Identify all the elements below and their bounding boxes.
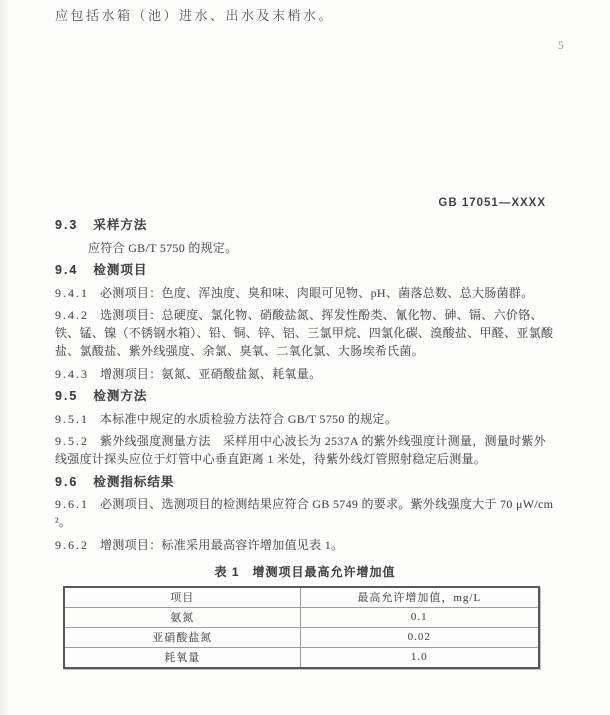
clause-number: 9.4.2 bbox=[55, 308, 89, 322]
standard-number-header: GB 17051—XXXX bbox=[438, 197, 546, 209]
section-title: 检测方法 bbox=[93, 389, 147, 403]
increment-limits-table: 项目 最高允许增加值，mg/L 氨氮 0.1 亚硝酸盐氮 0.02 耗氧量 1.… bbox=[63, 586, 540, 669]
table-header-row: 项目 最高允许增加值，mg/L bbox=[64, 587, 539, 608]
section-number: 9.5 bbox=[55, 389, 78, 403]
clause-number: 9.6.2 bbox=[55, 538, 89, 552]
section-heading-9-4: 9.4检测项目 bbox=[55, 261, 555, 279]
paragraph-9-5-2: 9.5.2紫外线强度测量方法 采样用中心波长为 2537A 的紫外线强度计测量，… bbox=[55, 432, 555, 468]
paragraph-9-4-2: 9.4.2选测项目：总硬度、氯化物、硝酸盐氮、挥发性酚类、氰化物、砷、镉、六价铬… bbox=[55, 306, 555, 360]
table-row: 氨氮 0.1 bbox=[64, 607, 539, 627]
paragraph-9-3-body: 应符合 GB/T 5750 的规定。 bbox=[55, 239, 555, 257]
section-number: 9.6 bbox=[55, 475, 78, 489]
table-cell-value: 1.0 bbox=[300, 647, 539, 668]
section-number: 9.4 bbox=[55, 263, 78, 277]
section-title: 检测项目 bbox=[93, 263, 147, 277]
clause-text: 本标准中规定的水质检验方法符合 GB/T 5750 的规定。 bbox=[100, 412, 397, 426]
table-row: 耗氧量 1.0 bbox=[64, 647, 539, 668]
section-title: 检测指标结果 bbox=[93, 475, 174, 489]
section-heading-9-3: 9.3采样方法 bbox=[55, 216, 555, 234]
clause-number: 9.5.1 bbox=[55, 412, 89, 426]
table-cell-item: 氨氮 bbox=[64, 607, 300, 627]
table-cell-item: 耗氧量 bbox=[64, 647, 300, 668]
clause-text: 增测项目：氨氮、亚硝酸盐氮、耗氧量。 bbox=[100, 367, 321, 381]
document-body: 9.3采样方法 应符合 GB/T 5750 的规定。 9.4检测项目 9.4.1… bbox=[55, 216, 555, 669]
table-cell-item: 亚硝酸盐氮 bbox=[64, 627, 300, 647]
table-header-limit: 最高允许增加值，mg/L bbox=[300, 587, 539, 608]
table-cell-value: 0.02 bbox=[300, 627, 539, 647]
clause-text: 必测项目：色度、浑浊度、臭和味、肉眼可见物、pH、菌落总数、总大肠菌群。 bbox=[100, 286, 533, 300]
table-caption: 表 1 增测项目最高允许增加值 bbox=[55, 563, 555, 580]
table-header-item: 项目 bbox=[64, 587, 300, 608]
clause-number: 9.4.3 bbox=[55, 367, 89, 381]
continuation-paragraph: 应包括水箱（池）进水、出水及末梢水。 bbox=[55, 5, 334, 24]
document-page: 应包括水箱（池）进水、出水及末梢水。 5 GB 17051—XXXX 9.3采样… bbox=[0, 0, 610, 715]
page-number: 5 bbox=[558, 40, 564, 52]
paragraph-9-4-3: 9.4.3增测项目：氨氮、亚硝酸盐氮、耗氧量。 bbox=[55, 365, 555, 383]
clause-number: 9.6.1 bbox=[55, 497, 89, 511]
paragraph-9-6-2: 9.6.2增测项目：标准采用最高容许增加值见表 1。 bbox=[55, 536, 555, 554]
paragraph-9-4-1: 9.4.1必测项目：色度、浑浊度、臭和味、肉眼可见物、pH、菌落总数、总大肠菌群… bbox=[55, 284, 555, 302]
clause-number: 9.4.1 bbox=[55, 286, 89, 300]
paragraph-9-5-1: 9.5.1本标准中规定的水质检验方法符合 GB/T 5750 的规定。 bbox=[55, 410, 555, 428]
clause-text: 增测项目：标准采用最高容许增加值见表 1。 bbox=[100, 538, 343, 552]
clause-text: 紫外线强度测量方法 采样用中心波长为 2537A 的紫外线强度计测量，测量时紫外… bbox=[55, 434, 546, 466]
table-cell-value: 0.1 bbox=[300, 607, 539, 627]
table-row: 亚硝酸盐氮 0.02 bbox=[64, 627, 539, 647]
clause-text: 选测项目：总硬度、氯化物、硝酸盐氮、挥发性酚类、氰化物、砷、镉、六价铬、铁、锰、… bbox=[55, 308, 553, 358]
section-heading-9-5: 9.5检测方法 bbox=[55, 387, 555, 405]
section-title: 采样方法 bbox=[93, 218, 147, 232]
clause-text: 必测项目、选测项目的检测结果应符合 GB 5749 的要求。紫外线强度大于 70… bbox=[55, 497, 553, 529]
section-heading-9-6: 9.6检测指标结果 bbox=[55, 473, 555, 491]
section-number: 9.3 bbox=[55, 218, 78, 232]
clause-number: 9.5.2 bbox=[55, 434, 89, 448]
paragraph-9-6-1: 9.6.1必测项目、选测项目的检测结果应符合 GB 5749 的要求。紫外线强度… bbox=[55, 495, 555, 531]
